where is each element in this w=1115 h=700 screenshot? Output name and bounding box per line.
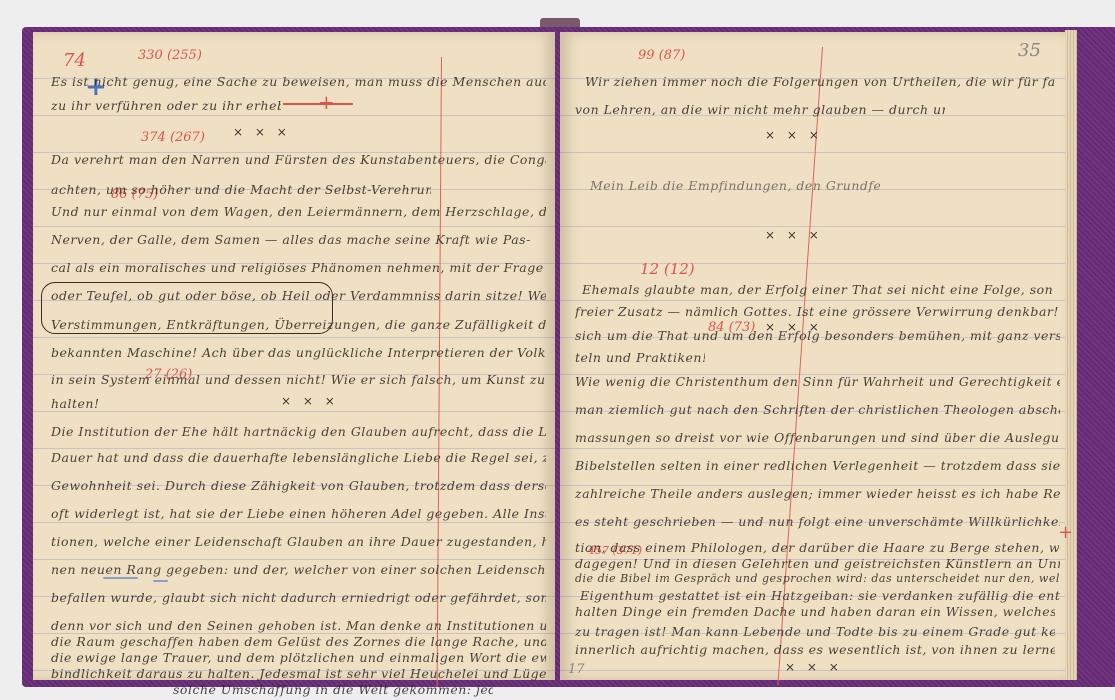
page-edges <box>1065 30 1077 680</box>
text-line: zu ihr verführen oder zu ihr erheben. <box>51 98 281 113</box>
section-number: 374 (267) <box>141 130 205 145</box>
text-line: Verstimmungen, Entkräftungen, Überreizun… <box>51 317 546 332</box>
blue-underline <box>103 577 138 579</box>
text-line: dagegen! Und in diesen Gelehrten und gei… <box>575 556 1060 571</box>
section-separator: × × × <box>785 660 843 674</box>
text-line: Wir ziehen immer noch die Folgerungen vo… <box>585 74 1055 89</box>
text-line: es steht geschrieben — und nun folgt ein… <box>575 514 1060 529</box>
text-line: in sein System einmal und dessen nicht! … <box>51 372 546 387</box>
text-line: cal als ein moralisches und religiöses P… <box>51 260 546 275</box>
section-number: 330 (255) <box>138 48 202 63</box>
text-line: Dauer hat und dass die dauerhafte lebens… <box>51 450 546 465</box>
text-line: bindlichkeit daraus zu halten. Jedesmal … <box>51 666 546 681</box>
text-line: massungen so dreist vor wie Offenbarunge… <box>575 430 1060 445</box>
text-line: Gewohnheit sei. Durch diese Zähigkeit vo… <box>51 478 546 493</box>
text-line: tion, dass einem Philologen, der darüber… <box>575 540 1060 555</box>
text-line: Es ist nicht genug, eine Sache zu beweis… <box>51 74 546 89</box>
text-line: die ewige lange Trauer, und dem plötzlic… <box>51 650 546 665</box>
text-line: oder Teufel, ob gut oder böse, ob Heil o… <box>51 288 546 303</box>
text-line: halten Dinge ein fremden Dache und haben… <box>575 604 1055 619</box>
text-line: die Raum geschaffen haben dem Gelüst des… <box>51 634 546 649</box>
text-line: tionen, welche einer Leidenschaft Glaube… <box>51 534 546 549</box>
section-number: 12 (12) <box>640 260 695 278</box>
text-line: teln und Praktiken! <box>575 350 705 365</box>
text-line: die die Bibel im Gespräch und gesprochen… <box>575 572 1060 585</box>
red-stroke <box>283 103 353 105</box>
section-number: 99 (87) <box>638 48 685 63</box>
text-line: achten, um so höher und die Macht der Se… <box>51 182 431 197</box>
right-page: 35 17 99 (87) 12 (12) 84 (73) 457 (371) … <box>560 32 1065 680</box>
left-page: 74 330 (255) 374 (267) 86 (75) 27 (26) +… <box>33 32 555 680</box>
text-line: solche Umschaffung in die Welt gekommen:… <box>173 682 493 697</box>
text-line: Die Institution der Ehe hält hartnäckig … <box>51 424 546 439</box>
text-line: Wie wenig die Christenthum den Sinn für … <box>575 374 1060 389</box>
text-line: sich um die That und um den Erfolg beson… <box>575 328 1060 343</box>
text-line: nen neuen Rang gegeben: und der, welcher… <box>51 562 546 577</box>
section-separator: × × × <box>765 228 823 242</box>
text-line: zu tragen ist! Man kann Lebende und Todt… <box>575 624 1055 639</box>
bottom-page-number: 17 <box>568 662 585 677</box>
text-line: Da verehrt man den Narren und Fürsten de… <box>51 152 546 167</box>
text-line: man ziemlich gut nach den Schriften der … <box>575 402 1060 417</box>
text-line: Bibelstellen selten in einer redlichen V… <box>575 458 1060 473</box>
section-separator: × × × <box>765 128 823 142</box>
text-line: Eigenthum gestattet ist ein Hatzgeiban: … <box>580 588 1060 603</box>
text-line: freier Zusatz — nämlich Gottes. Ist eine… <box>575 304 1060 319</box>
text-line: innerlich aufrichtig machen, dass es wes… <box>575 642 1055 657</box>
text-line: von Lehren, an die wir nicht mehr glaube… <box>575 102 945 117</box>
text-line: denn vor sich und den Seinen gehoben ist… <box>51 618 546 633</box>
text-line: zahlreiche Theile anders auslegen; immer… <box>575 486 1060 501</box>
text-line: halten! <box>51 396 131 411</box>
text-line: Mein Leib die Empfindungen, den Grundfei… <box>590 178 880 193</box>
section-separator: × × × <box>233 125 291 139</box>
text-line: oft widerlegt ist, hat sie der Liebe ein… <box>51 506 546 521</box>
text-line: bekannten Maschine! Ach über das unglück… <box>51 345 546 360</box>
text-line: Und nur einmal von dem Wagen, den Leierm… <box>51 204 546 219</box>
red-cross-mark: + <box>1058 522 1073 543</box>
blue-underline <box>153 580 168 582</box>
corner-page-number: 35 <box>1018 40 1041 61</box>
text-line: Ehemals glaubte man, der Erfolg einer Th… <box>582 282 1052 297</box>
red-cross-mark: + <box>318 90 335 114</box>
text-line: Nerven, der Galle, dem Samen — alles das… <box>51 232 546 247</box>
text-line: befallen wurde, glaubt sich nicht dadurc… <box>51 590 546 605</box>
section-separator: × × × <box>281 394 339 408</box>
corner-page-number: 74 <box>63 50 86 71</box>
